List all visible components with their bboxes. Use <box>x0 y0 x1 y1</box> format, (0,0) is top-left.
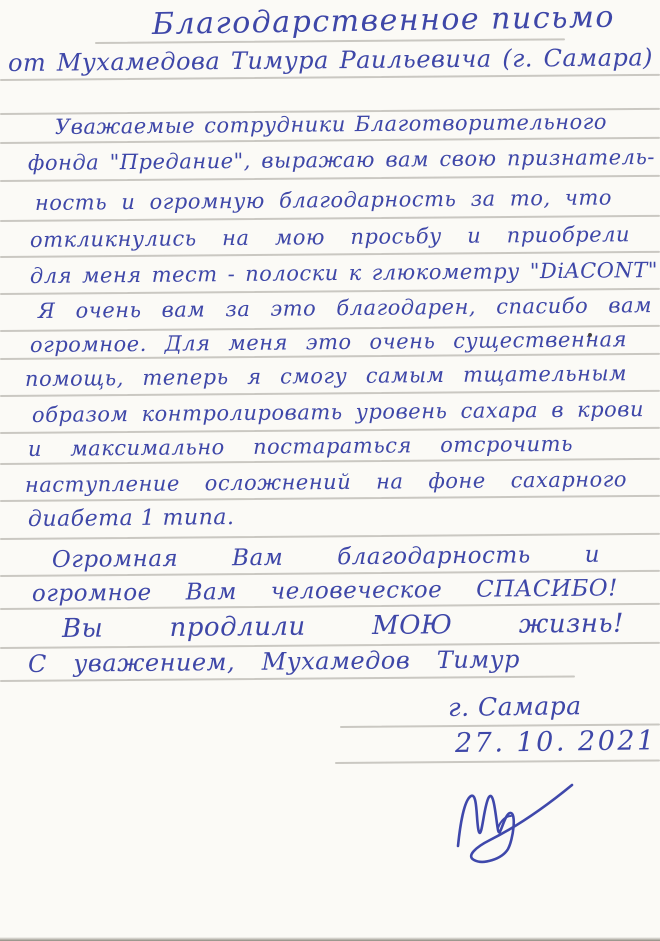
body-line: и максимально постараться отсрочить <box>28 433 573 461</box>
closing-line: огромное Вам человеческое СПАСИБО! <box>32 576 618 607</box>
ruled-line <box>0 533 660 540</box>
place-line: г. Самара <box>448 692 582 721</box>
ruled-line <box>335 759 660 764</box>
body-line: образом контролировать уровень сахара в … <box>32 398 644 427</box>
closing-line: Вы продлили МОЮ жизнь! <box>62 610 624 644</box>
signoff-line: С уважением, Мухамедов Тимур <box>28 646 520 677</box>
signature-scribble <box>438 770 590 866</box>
body-line: наступление осложнений на фоне сахарного <box>25 468 627 497</box>
body-line: откликнулись на мою просьбу и приобрели <box>30 223 630 252</box>
body-line: Уважаемые сотрудники Благотворительного <box>55 111 607 139</box>
scan-speck <box>588 333 592 337</box>
body-line: для меня тест - полоски к глюкометру "Di… <box>30 259 658 288</box>
date-line: 27. 10. 2021 <box>455 726 657 759</box>
body-line: ность и огромную благодарность за то, чт… <box>35 186 612 215</box>
body-line: фонда "Предание", выражаю вам свою призн… <box>28 146 655 175</box>
closing-line: Огромная Вам благодарность и <box>52 543 600 574</box>
letter-from-line: от Мухамедова Тимура Раильевича (г. Сама… <box>8 44 653 76</box>
ruled-line <box>0 251 660 258</box>
ruled-line <box>0 175 660 182</box>
body-line: Я очень вам за это благодарен, спасибо в… <box>38 294 652 323</box>
scan-bottom-edge <box>0 937 660 941</box>
letter-title: Благодарственное письмо <box>152 1 582 41</box>
body-line: помощь, теперь я смогу самым тщательным <box>25 362 627 391</box>
body-line: диабета 1 типа. <box>28 506 235 532</box>
ruled-line <box>0 215 660 222</box>
body-line: огромное. Для меня это очень существенна… <box>30 328 627 357</box>
scanned-letter-page: Благодарственное письмоот Мухамедова Тим… <box>0 0 660 941</box>
ruled-line <box>0 390 660 397</box>
